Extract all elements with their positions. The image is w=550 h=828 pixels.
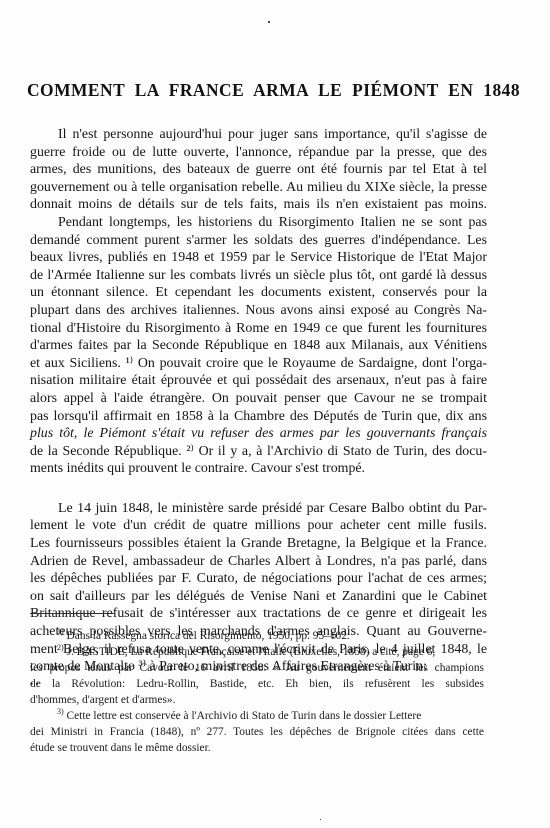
text-line: pas lorsqu'il affirmait en 1858 à la Cha… (30, 408, 487, 426)
text-line: tional d'Histoire du Risorgimento à Rome… (30, 320, 487, 338)
footnote-line: de la Révolution: Ledru-Rollin, Bastide,… (30, 676, 484, 692)
text-line: Adrien de Revel, ambassadeur de Charles … (30, 553, 487, 571)
footnote-marker: 1) (57, 627, 64, 636)
text-line: donnait moins de détails sur de tels fai… (30, 196, 487, 214)
text-line: d'armes faites par la Seconde République… (30, 337, 487, 355)
text-line: demandé comment purent s'armer les solda… (30, 232, 487, 250)
footnote-line: dei Ministri in Francia (1848), nº 277. … (30, 724, 484, 740)
footnotes: 1) Dans la Rassegna storica del Risorgim… (30, 628, 484, 756)
text-line-italic: plus tôt, le Piémont s'était vu refuser … (30, 425, 487, 443)
text-line: Pendant longtemps, les historiens du Ris… (30, 214, 487, 232)
text-line: Britannique refusait de s'intéresser aux… (30, 605, 487, 623)
footnote-line: les propos tenus par Cavour le 16 avril … (30, 660, 484, 676)
footnote-line: 2) J. BASTIDE, La République Française e… (30, 644, 484, 660)
text-line: de l'Armée Italienne sur les combats liv… (30, 267, 487, 285)
scan-speck (268, 21, 270, 23)
footnote-text: Dans la Rassegna storica del Risorgiment… (67, 630, 350, 642)
text-line: guerre froide ou de lutte ouverte, l'ann… (30, 144, 487, 162)
footnote-line: étude se trouvent dans le même dossier. (30, 740, 484, 756)
footnote-line: 3) Cette lettre est conservée à l'Archiv… (30, 708, 484, 724)
text-line: ments inédits qui prouvent le contraire.… (30, 460, 487, 478)
article-body: Il n'est personne aujourd'hui pour juger… (30, 126, 487, 693)
text-line: un étonnant silence. Et cependant les do… (30, 284, 487, 302)
footnote-marker: 2) (57, 643, 64, 652)
text-line: on sait d'ailleurs par les délégués de V… (30, 588, 487, 606)
paragraph-1: Il n'est personne aujourd'hui pour juger… (30, 126, 487, 214)
scan-speck (320, 819, 321, 820)
text-line: nisation militaire était éprouvée et qui… (30, 372, 487, 390)
article-title: COMMENT LA FRANCE ARMA LE PIÉMONT EN 184… (27, 80, 497, 101)
footnote-separator (30, 613, 114, 614)
footnote-2: 2) J. BASTIDE, La République Française e… (30, 644, 484, 708)
paragraph-gap (30, 478, 487, 500)
footnote-text: J. BASTIDE, La République Française et l… (67, 646, 436, 658)
footnote-3: 3) Cette lettre est conservée à l'Archiv… (30, 708, 484, 756)
footnote-marker: 3) (57, 707, 64, 716)
text-line: Il n'est personne aujourd'hui pour juger… (30, 126, 487, 144)
text-line: Le 14 juin 1848, le ministère sarde prés… (30, 500, 487, 518)
text-line: lement le vote d'un crédit de quatre mil… (30, 517, 487, 535)
text-line: plupart dans des archives italiennes. No… (30, 302, 487, 320)
text-line: Les fournisseurs possibles étaient la Gr… (30, 535, 487, 553)
paragraph-2: Pendant longtemps, les historiens du Ris… (30, 214, 487, 478)
text-line: et aux Siciliens. ¹⁾ On pouvait croire q… (30, 355, 487, 373)
footnote-1: 1) Dans la Rassegna storica del Risorgim… (30, 628, 484, 644)
text-line: beaux livres, publiés en 1948 et 1959 pa… (30, 249, 487, 267)
footnote-text: Cette lettre est conservée à l'Archivio … (67, 710, 422, 722)
footnote-line: d'hommes, d'argent et d'armes». (30, 692, 484, 708)
text-line: de la Seconde République. ²⁾ Or il y a, … (30, 443, 487, 461)
text-line: armes, des munitions, des bateaux de gue… (30, 161, 487, 179)
text-line: les dépêches publiées par F. Curato, de … (30, 570, 487, 588)
text-line: alors appel à l'aide étrangère. On pouva… (30, 390, 487, 408)
text-line: gouvernement ou à telle organisation reb… (30, 179, 487, 197)
footnote-line: 1) Dans la Rassegna storica del Risorgim… (30, 628, 484, 644)
